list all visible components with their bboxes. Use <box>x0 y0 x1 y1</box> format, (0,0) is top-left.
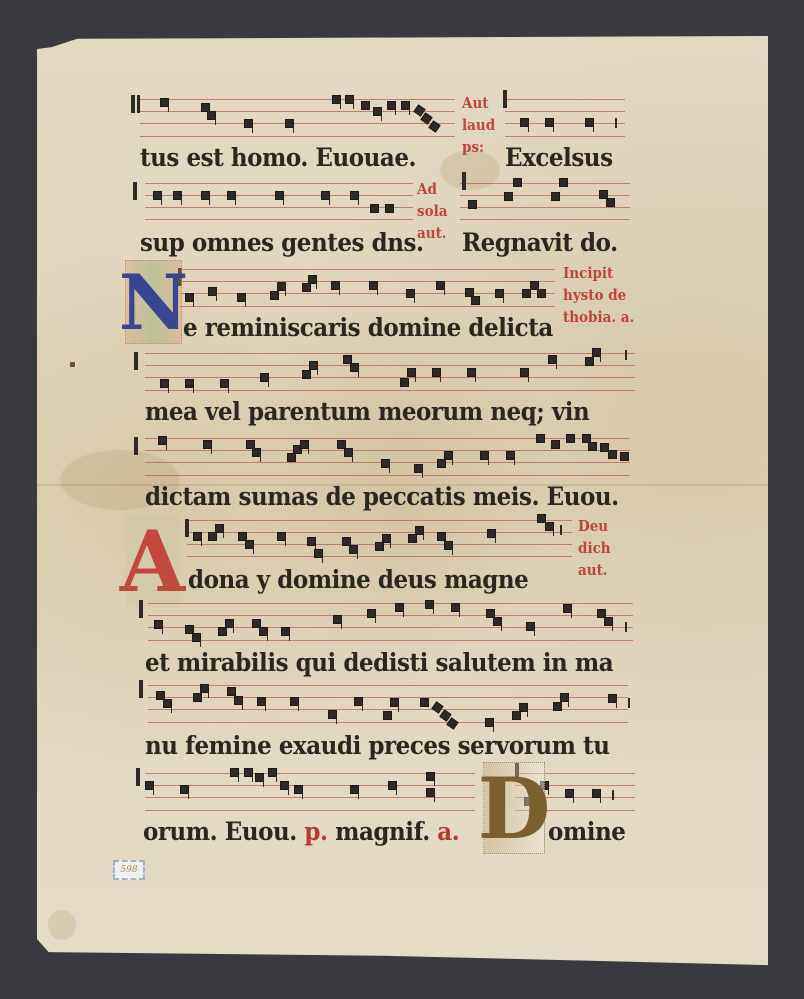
chant-text-line-9: orum. Euou. p. magnif. a. <box>143 817 459 846</box>
rubric-a: a. <box>437 817 459 846</box>
illuminated-initial-N: N <box>125 260 182 344</box>
rubric-deu-dich: Deudichaut. <box>578 515 611 581</box>
text-segment: orum. Euou. <box>143 817 297 846</box>
chant-text-line-9-continuation: omine <box>548 817 625 846</box>
c-clef <box>131 95 135 113</box>
chant-text-line-6: dona y domine deus magne <box>188 565 528 594</box>
rubric-aut-laud: Autlaudps: <box>462 92 495 158</box>
chant-text-line-2: sup omnes gentes dns. <box>140 228 424 257</box>
chant-text-line-3: e reminiscaris domine delicta <box>183 313 553 342</box>
chant-text-line-2-continuation: Regnavit do. <box>462 228 618 257</box>
folio-number-label: 598 <box>113 860 145 880</box>
text-segment: magnif. <box>335 817 430 846</box>
rubric-incipit-hystoria-thobia: Incipithysto dethobia. a. <box>563 262 634 328</box>
chant-text-line-1: tus est homo. Euouae. <box>140 143 416 172</box>
gold-cadel-initial-D: D <box>483 762 545 854</box>
red-initial-A: A <box>125 515 180 607</box>
ink-spot <box>70 362 75 367</box>
rubric-ps: p. <box>304 817 327 846</box>
chant-text-line-4: mea vel parentum meorum neq; vin <box>145 397 589 426</box>
chant-text-line-1-continuation: Excelsus <box>505 143 613 172</box>
chant-text-line-7: et mirabilis qui dedisti salutem in ma <box>145 648 613 677</box>
chant-text-line-8: nu femine exaudi preces servorum tu <box>145 731 609 760</box>
rubric-ad-sola: Adsolaaut. <box>417 178 447 244</box>
chant-text-line-5: dictam sumas de peccatis meis. Euou. <box>145 482 619 511</box>
water-stain <box>48 910 76 940</box>
